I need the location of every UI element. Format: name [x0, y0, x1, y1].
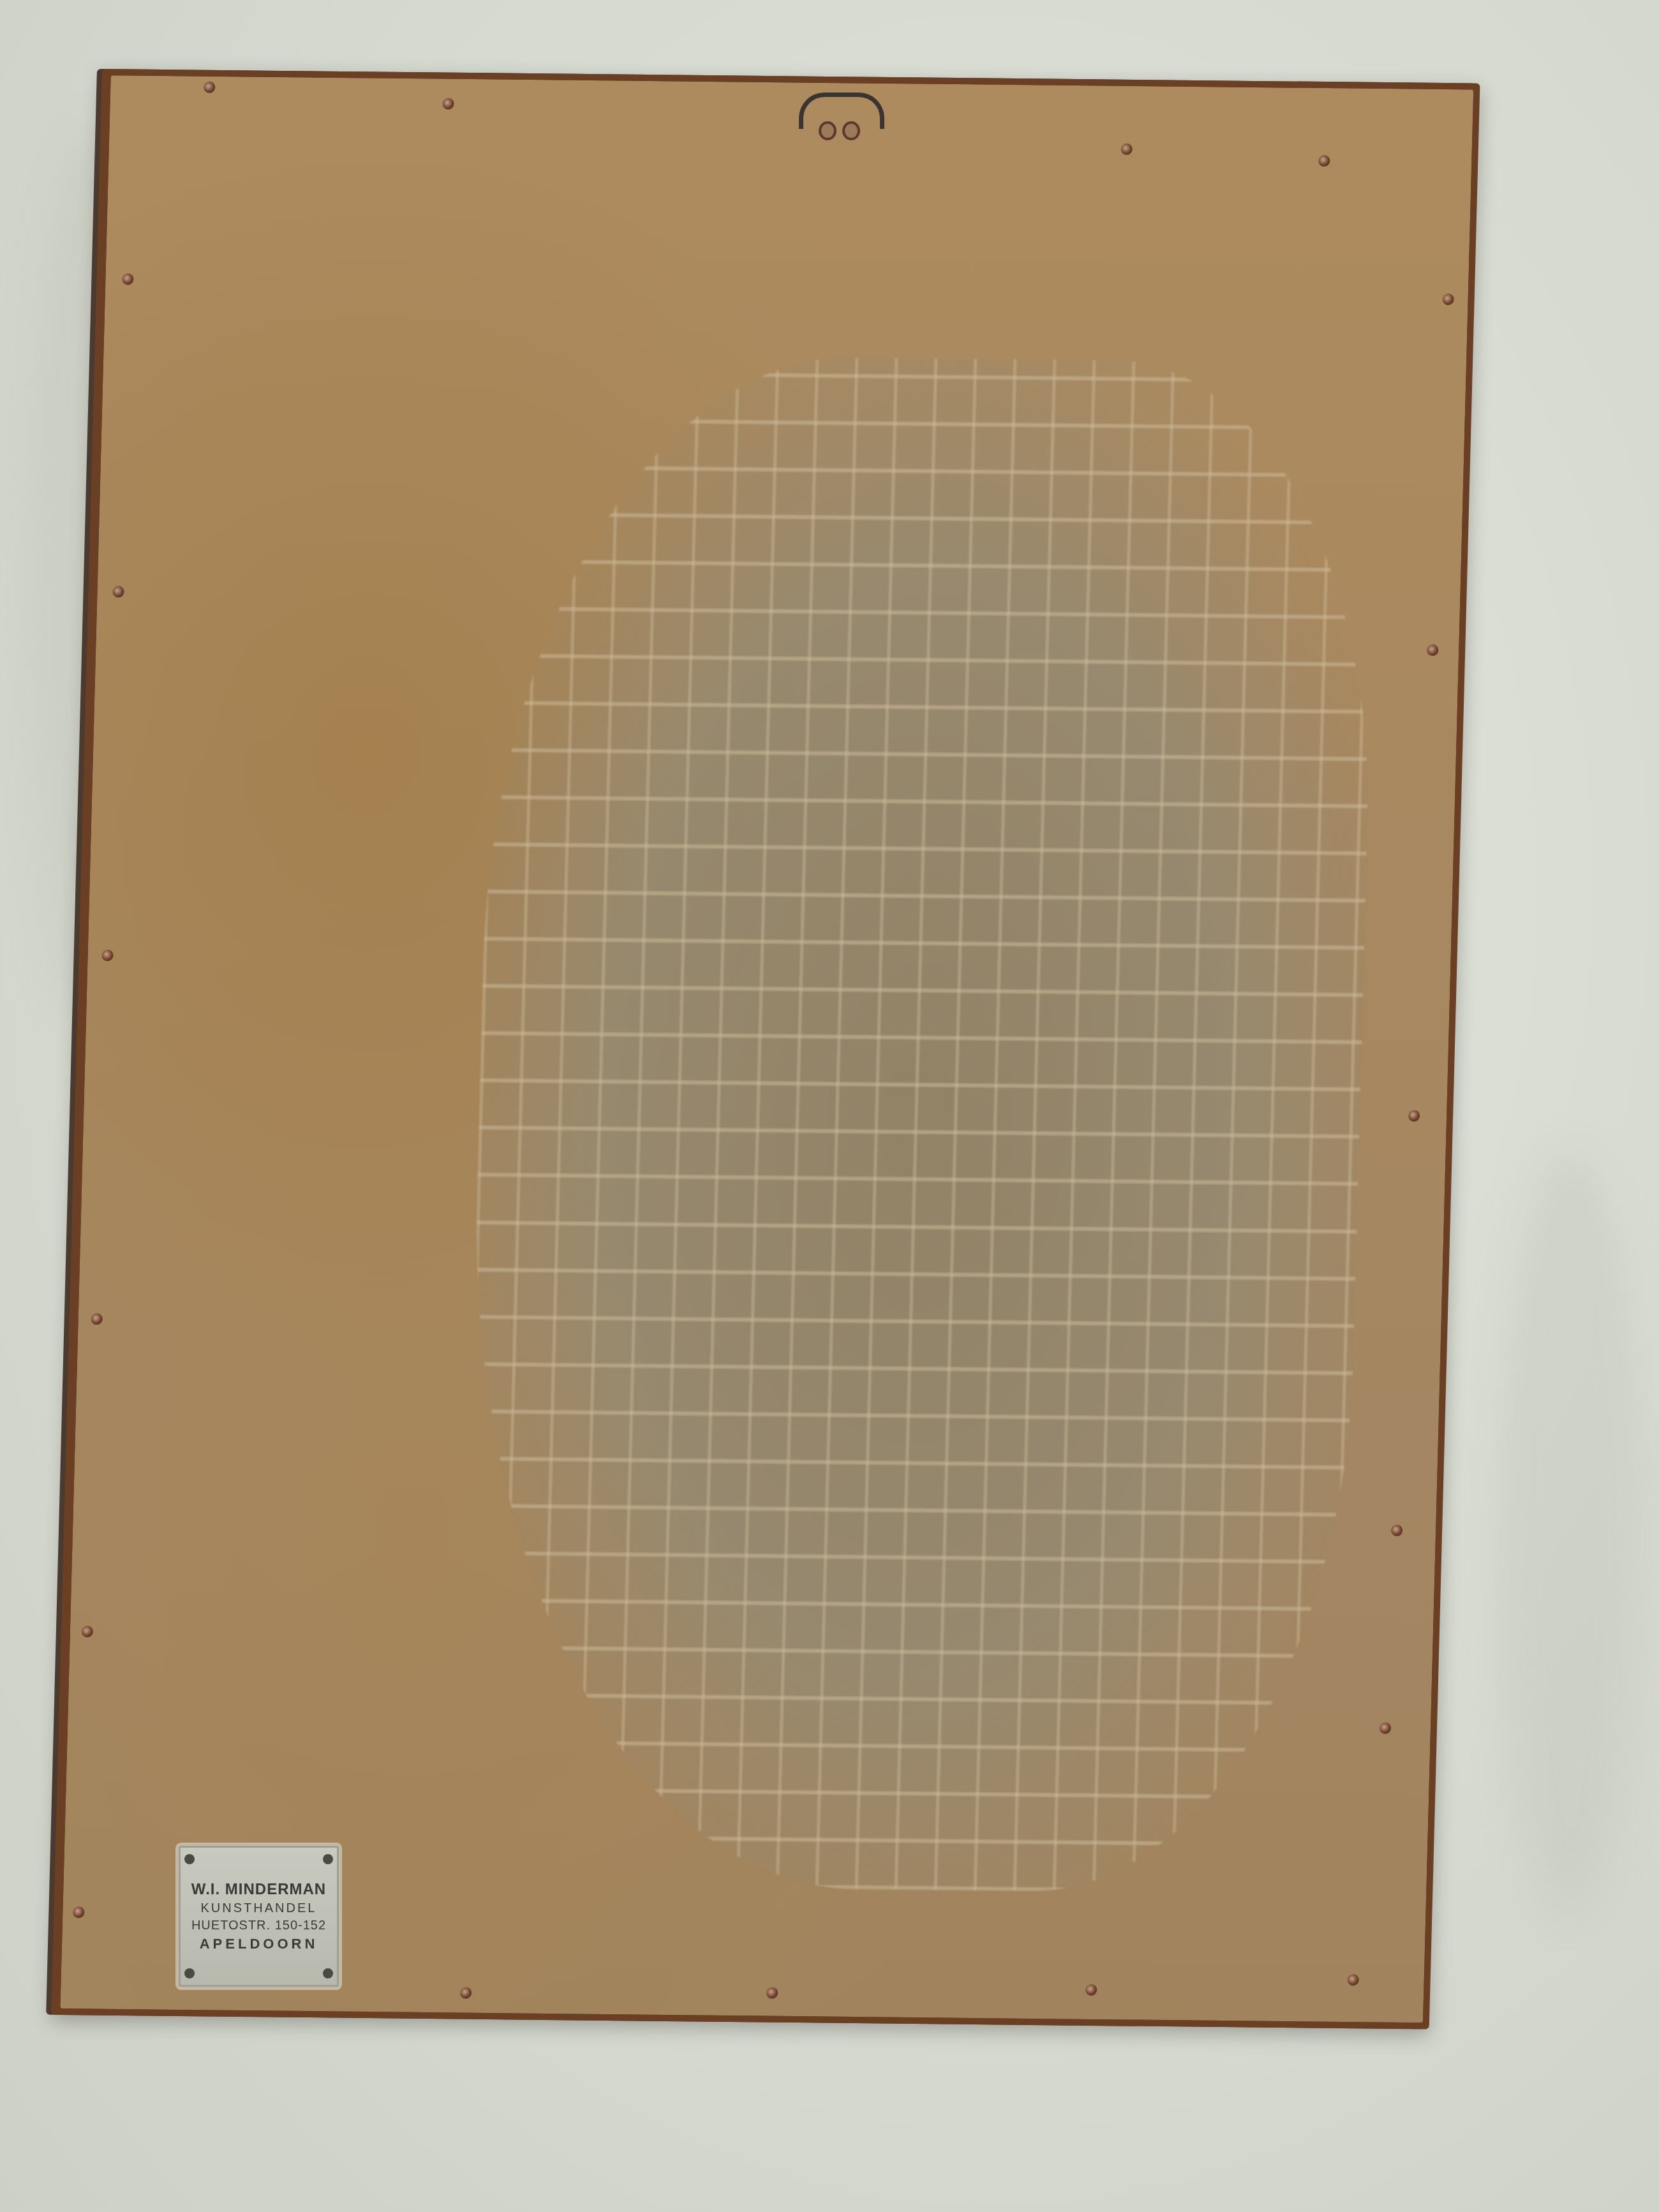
hanger-rivet-icon — [819, 121, 837, 140]
crocodile-texture-pattern — [459, 354, 1380, 1894]
label-rivet-icon — [323, 1854, 333, 1864]
hanger-hook-icon — [799, 93, 884, 129]
label-rivet-icon — [184, 1968, 195, 1978]
backing-board — [60, 75, 1473, 2023]
sheet-fold — [1499, 1148, 1640, 1914]
dealer-label: W.I. MINDERMAN KUNSTHANDEL HUETOSTR. 150… — [179, 1846, 339, 1987]
picture-frame — [51, 69, 1480, 2029]
hanger-rivet-icon — [842, 121, 860, 140]
label-business-type: KUNSTHANDEL — [201, 1901, 317, 1916]
label-dealer-name: W.I. MINDERMAN — [191, 1881, 326, 1899]
label-city: APELDOORN — [200, 1936, 318, 1952]
label-rivet-icon — [184, 1854, 195, 1864]
label-rivet-icon — [323, 1968, 333, 1978]
label-street-address: HUETOSTR. 150-152 — [191, 1919, 326, 1933]
